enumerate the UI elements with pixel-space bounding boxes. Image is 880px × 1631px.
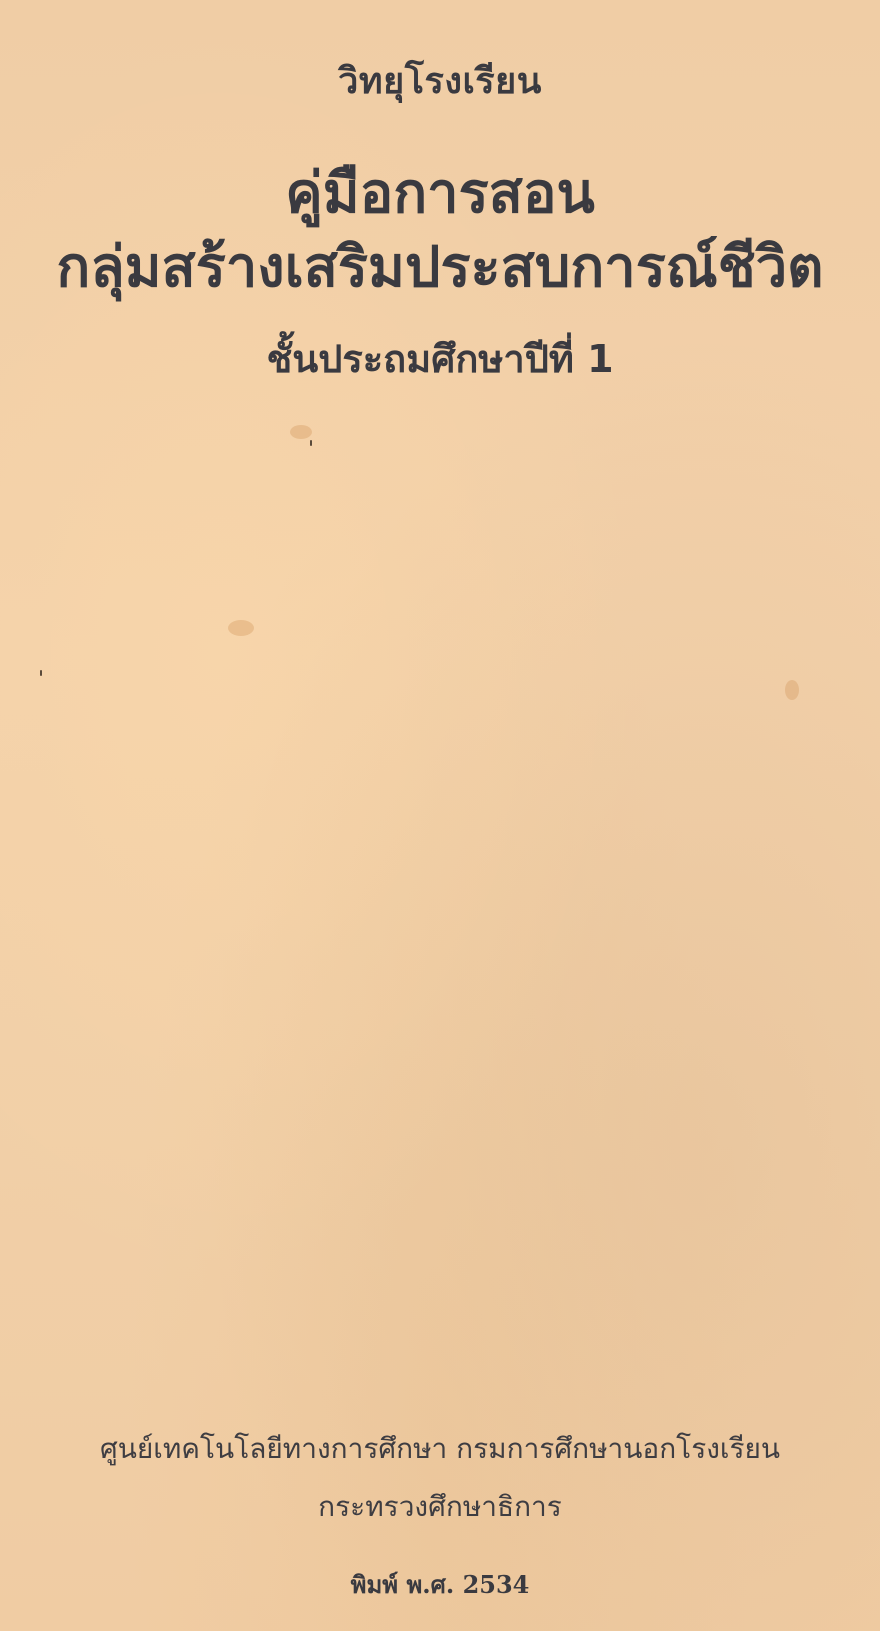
paper-stain	[290, 425, 312, 439]
publisher-ministry: กระทรวงศึกษาธิการ	[0, 1485, 880, 1529]
print-year: พิมพ์ พ.ศ. 2534	[0, 1565, 880, 1604]
grade-level: ชั้นประถมศึกษาปีที่ 1	[0, 328, 880, 389]
document-title-line-2: กลุ่มสร้างเสริมประสบการณ์ชีวิต	[0, 222, 880, 311]
series-title: วิทยุโรงเรียน	[0, 52, 880, 109]
title-page: วิทยุโรงเรียน คู่มือการสอน กลุ่มสร้างเสร…	[0, 0, 880, 1631]
paper-stain	[785, 680, 799, 700]
paper-speck	[310, 440, 312, 446]
paper-speck	[40, 670, 42, 676]
publisher-department: ศูนย์เทคโนโลยีทางการศึกษา กรมการศึกษานอก…	[0, 1427, 880, 1471]
paper-stain	[228, 620, 254, 636]
